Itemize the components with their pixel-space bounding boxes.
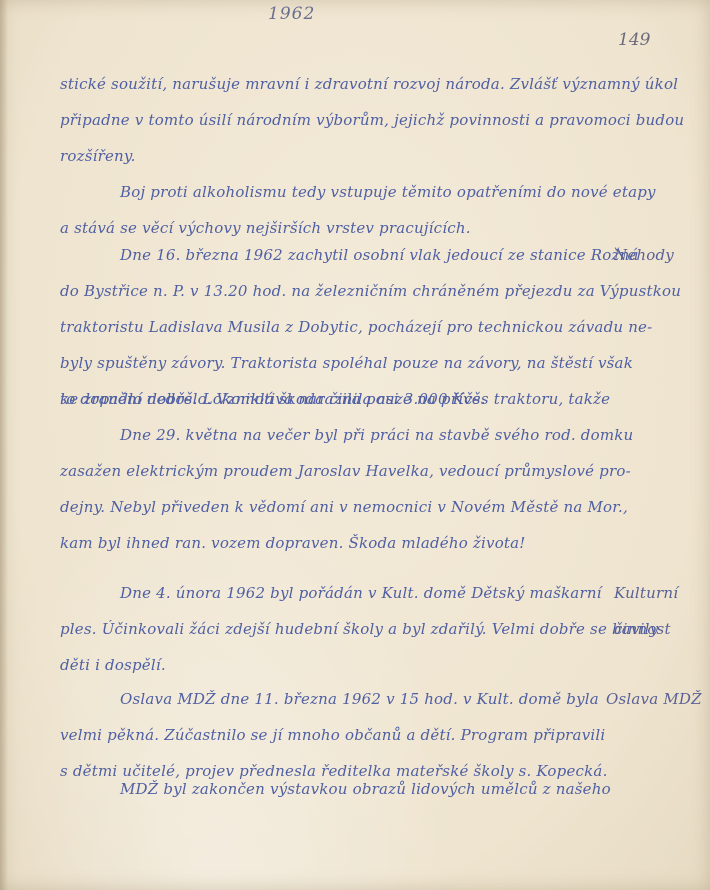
text-line: Dne 16. března 1962 zachytil osobní vlak… bbox=[60, 237, 608, 273]
text-line: rozšířeny. bbox=[60, 138, 608, 174]
text-line: ke zranění nedošlo. Vzniklá škoda činila… bbox=[60, 381, 608, 417]
year-heading: 1962 bbox=[268, 4, 315, 24]
text-line: Oslava MDŽ dne 11. března 1962 v 15 hod.… bbox=[60, 681, 608, 717]
margin-note-text: Nehody bbox=[614, 237, 710, 273]
margin-note-accidents: Nehody bbox=[614, 237, 710, 273]
paragraph-alcoholism: stické soužití, narušuje mravní i zdravo… bbox=[60, 66, 608, 246]
text-line: velmi pěkná. Zúčastnilo se jí mnoho obča… bbox=[60, 717, 608, 753]
text-line: děti i dospělí. bbox=[60, 647, 608, 683]
text-line: kam byl ihned ran. vozem dopraven. Škoda… bbox=[60, 525, 608, 561]
page-number: 149 bbox=[618, 30, 650, 50]
margin-note-cultural-activity: Kulturní činnost bbox=[614, 575, 710, 647]
chronicle-page: 1962 149 stické soužití, narušuje mravní… bbox=[0, 0, 710, 890]
text-line: ples. Účinkovali žáci zdejší hudební ško… bbox=[60, 611, 608, 647]
margin-note-mdz: Oslava MDŽ bbox=[606, 681, 702, 717]
paragraph-masquerade-ball: Dne 4. února 1962 byl pořádán v Kult. do… bbox=[60, 575, 608, 683]
margin-note-text: Kulturní bbox=[614, 575, 710, 611]
text-line: do Bystřice n. P. v 13.20 hod. na železn… bbox=[60, 273, 608, 309]
text-line: dejny. Nebyl přiveden k vědomí ani v nem… bbox=[60, 489, 608, 525]
text-line: stické soužití, narušuje mravní i zdravo… bbox=[60, 66, 608, 102]
text-line: MDŽ byl zakončen výstavkou obrazů lidový… bbox=[60, 771, 608, 807]
text-line: byly spuštěny závory. Traktorista spoléh… bbox=[60, 345, 608, 381]
text-line: Dne 4. února 1962 byl pořádán v Kult. do… bbox=[60, 575, 608, 611]
text-line: připadne v tomto úsilí národním výborům,… bbox=[60, 102, 608, 138]
paragraph-mdz-exhibition: MDŽ byl zakončen výstavkou obrazů lidový… bbox=[60, 771, 608, 807]
text-line: zasažen elektrickým proudem Jaroslav Hav… bbox=[60, 453, 608, 489]
margin-note-text: Oslava MDŽ bbox=[606, 681, 702, 717]
text-line: Dne 29. května na večer byl při práci na… bbox=[60, 417, 608, 453]
paragraph-electric-accident: Dne 29. května na večer byl při práci na… bbox=[60, 417, 608, 561]
text-line: traktoristu Ladislava Musila z Dobytic, … bbox=[60, 309, 608, 345]
text-line: Boj proti alkoholismu tedy vstupuje těmi… bbox=[60, 174, 608, 210]
margin-note-text: činnost bbox=[614, 611, 710, 647]
